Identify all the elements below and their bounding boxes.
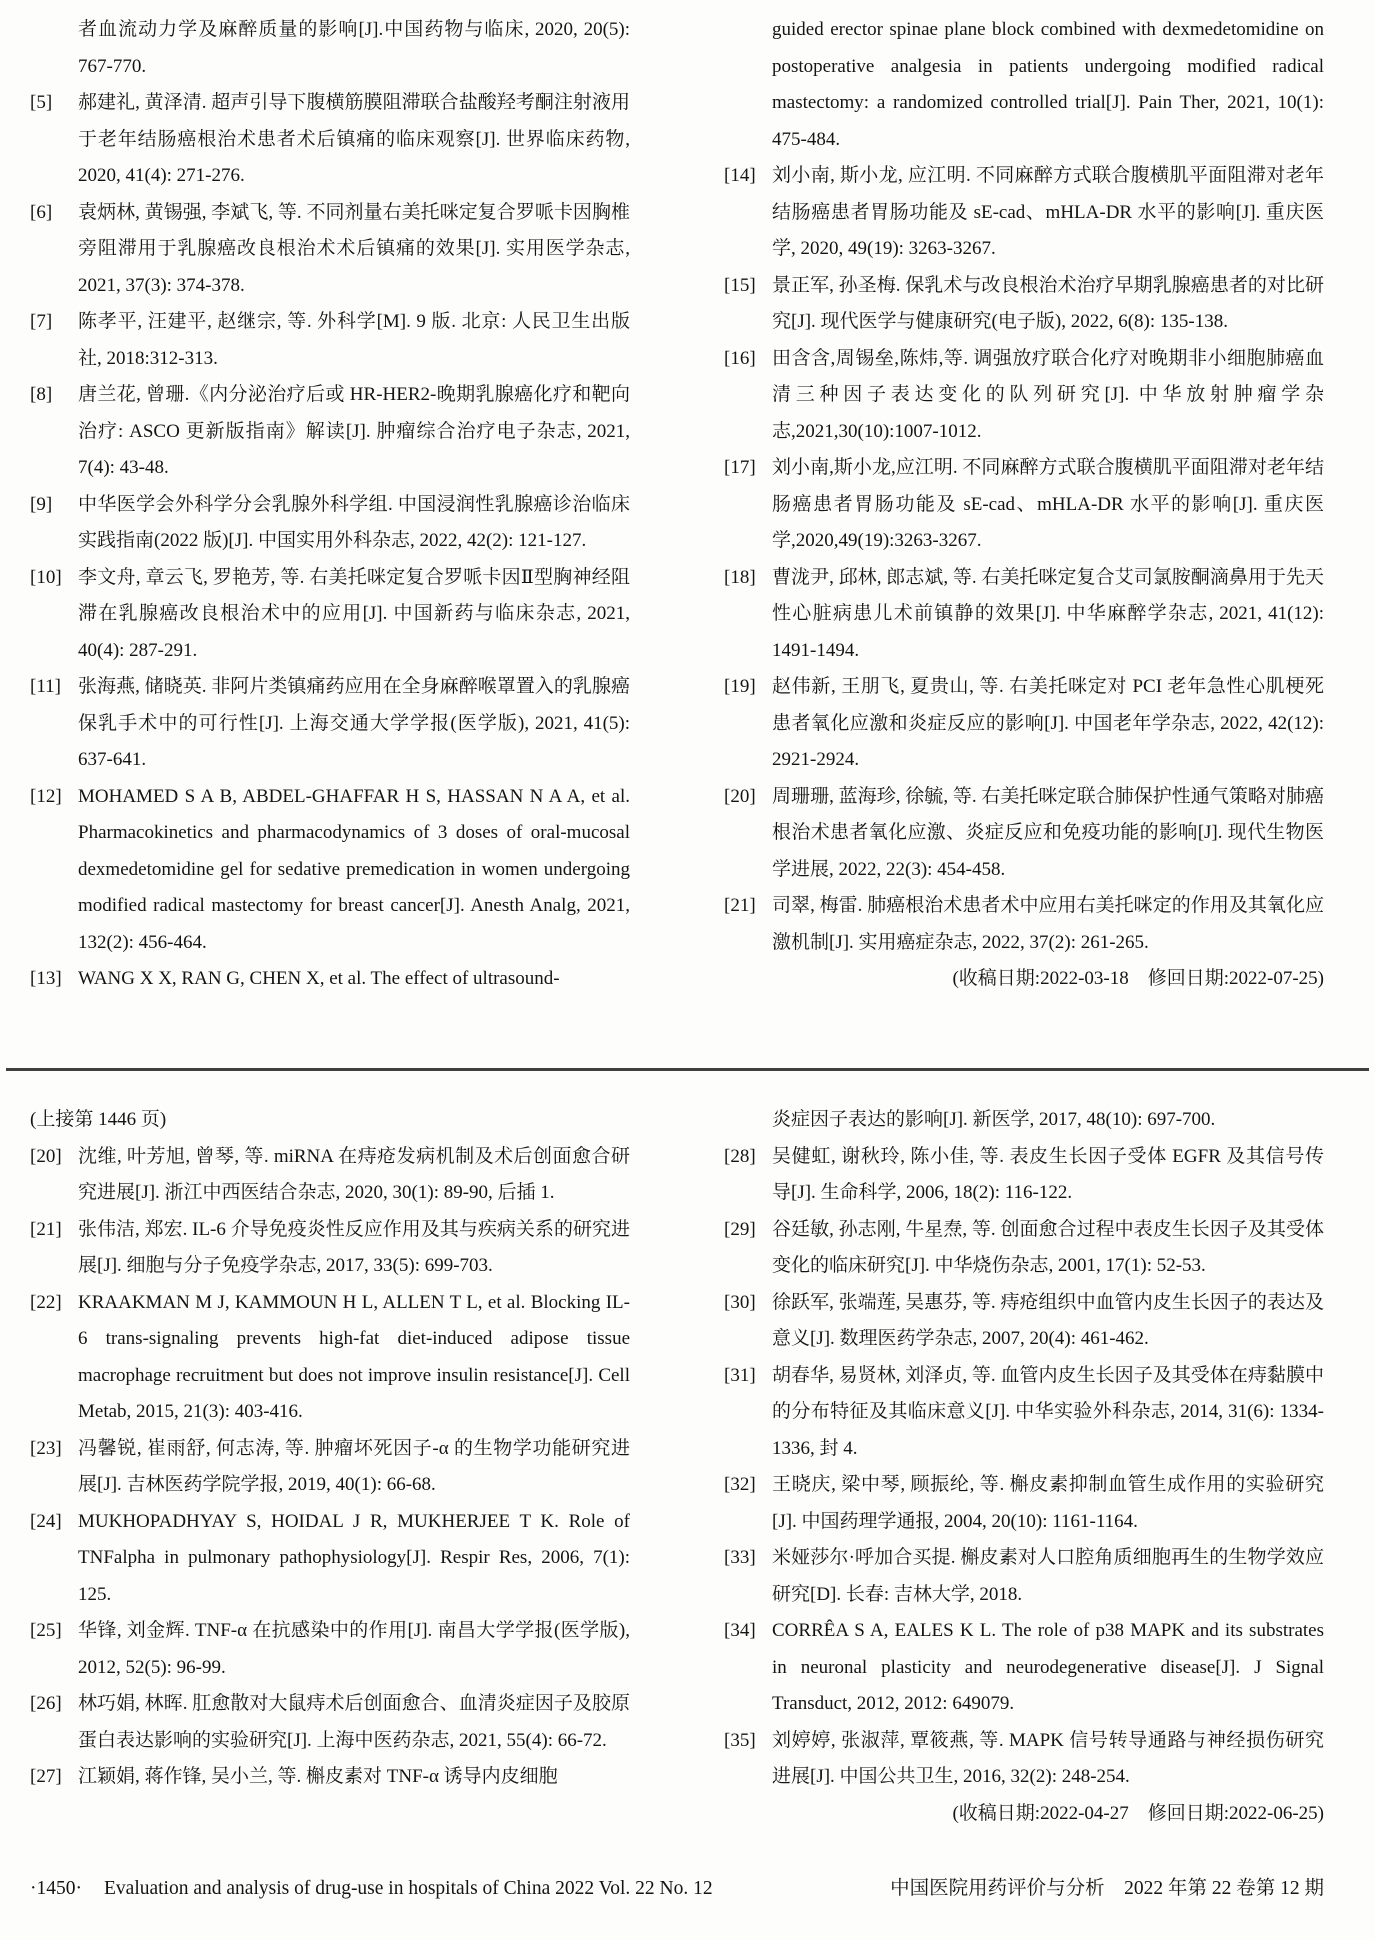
column-bottom-right: 炎症因子表达的影响[J]. 新医学, 2017, 48(10): 697-700… [724,1102,1324,1832]
reference-text: 赵伟新, 王朋飞, 夏贵山, 等. 右美托咪定对 PCI 老年急性心肌梗死患者氧… [772,676,1324,770]
continued-from-page-note: (上接第 1446 页) [30,1102,630,1139]
reference-number: [16] [724,341,756,378]
reference-item: [20]沈维, 叶芳旭, 曾琴, 等. miRNA 在痔疮发病机制及术后创面愈合… [30,1139,630,1212]
reference-number: [25] [30,1613,62,1650]
reference-item: [21]张伟洁, 郑宏. IL-6 介导免疫炎性反应作用及其与疾病关系的研究进展… [30,1212,630,1285]
reference-number: [12] [30,779,62,816]
reference-text: 冯馨锐, 崔雨舒, 何志涛, 等. 肿瘤坏死因子-α 的生物学功能研究进展[J]… [78,1438,630,1496]
reference-item: [6]袁炳林, 黄锡强, 李斌飞, 等. 不同剂量右美托咪定复合罗哌卡因胸椎旁阻… [30,195,630,305]
reference-item: [24]MUKHOPADHYAY S, HOIDAL J R, MUKHERJE… [30,1504,630,1614]
reference-item: [17]刘小南,斯小龙,应江明. 不同麻醉方式联合腹横肌平面阻滞对老年结肠癌患者… [724,450,1324,560]
reference-number: [19] [724,669,756,706]
reference-item: [22]KRAAKMAN M J, KAMMOUN H L, ALLEN T L… [30,1285,630,1431]
reference-number: [20] [30,1139,62,1176]
reference-number: [20] [724,779,756,816]
reference-text: 刘婷婷, 张淑萍, 覃筱燕, 等. MAPK 信号转导通路与神经损伤研究进展[J… [772,1730,1324,1788]
reference-text: 米娅莎尔·呼加合买提. 槲皮素对人口腔角质细胞再生的生物学效应研究[D]. 长春… [772,1547,1324,1605]
reference-item: [9]中华医学会外科学分会乳腺外科学组. 中国浸润性乳腺癌诊治临床实践指南(20… [30,487,630,560]
reference-item: [8]唐兰花, 曾珊.《内分泌治疗后或 HR-HER2-晚期乳腺癌化疗和靶向治疗… [30,377,630,487]
reference-item: [14]刘小南, 斯小龙, 应江明. 不同麻醉方式联合腹横肌平面阻滞对老年结肠癌… [724,158,1324,268]
reference-text: 徐跃军, 张端莲, 吴惠芬, 等. 痔疮组织中血管内皮生长因子的表达及意义[J]… [772,1292,1324,1350]
reference-text: 江颖娟, 蒋作锋, 吴小兰, 等. 槲皮素对 TNF-α 诱导内皮细胞 [78,1766,558,1787]
reference-item: [23]冯馨锐, 崔雨舒, 何志涛, 等. 肿瘤坏死因子-α 的生物学功能研究进… [30,1431,630,1504]
reference-number: [11] [30,669,61,706]
footer-left: ·1450·Evaluation and analysis of drug-us… [30,1876,713,1902]
reference-number: [22] [30,1285,62,1322]
reference-item: [5]郝建礼, 黄泽清. 超声引导下腹横筋膜阻滞联合盐酸羟考酮注射液用于老年结肠… [30,85,630,195]
reference-item: [35]刘婷婷, 张淑萍, 覃筱燕, 等. MAPK 信号转导通路与神经损伤研究… [724,1723,1324,1796]
reference-number: [31] [724,1358,756,1395]
reference-number: [6] [30,195,52,232]
reference-text: 曹泷尹, 邱林, 郎志斌, 等. 右美托咪定复合艾司氯胺酮滴鼻用于先天性心脏病患… [772,567,1324,661]
reference-text: 周珊珊, 蓝海珍, 徐毓, 等. 右美托咪定联合肺保护性通气策略对肺癌根治术患者… [772,786,1324,880]
reference-text: 林巧娟, 林晖. 肛愈散对大鼠痔术后创面愈合、血清炎症因子及胶原蛋白表达影响的实… [78,1693,630,1751]
received-revised-date-bottom: (收稿日期:2022-04-27 修回日期:2022-06-25) [724,1796,1324,1833]
reference-number: [29] [724,1212,756,1249]
reference-list-top-right: guided erector spinae plane block combin… [724,12,1324,961]
reference-text: CORRÊA S A, EALES K L. The role of p38 M… [772,1620,1324,1714]
reference-item: [21]司翠, 梅雷. 肺癌根治术患者术中应用右美托咪定的作用及其氧化应激机制[… [724,888,1324,961]
reference-item: [29]谷廷敏, 孙志刚, 牛星焘, 等. 创面愈合过程中表皮生长因子及其受体变… [724,1212,1324,1285]
references-section-top: 者血流动力学及麻醉质量的影响[J].中国药物与临床, 2020, 20(5): … [30,12,1324,998]
reference-number: [5] [30,85,52,122]
reference-text: 王晓庆, 梁中琴, 顾振纶, 等. 槲皮素抑制血管生成作用的实验研究[J]. 中… [772,1474,1324,1532]
reference-number: [7] [30,304,52,341]
reference-text: 谷廷敏, 孙志刚, 牛星焘, 等. 创面愈合过程中表皮生长因子及其受体变化的临床… [772,1219,1324,1277]
reference-number: [34] [724,1613,756,1650]
reference-text: 景正军, 孙圣梅. 保乳术与改良根治术治疗早期乳腺癌患者的对比研究[J]. 现代… [772,275,1324,333]
reference-number: [15] [724,268,756,305]
reference-number: [14] [724,158,756,195]
reference-item: [27]江颖娟, 蒋作锋, 吴小兰, 等. 槲皮素对 TNF-α 诱导内皮细胞 [30,1759,630,1796]
reference-list-bottom-left: [20]沈维, 叶芳旭, 曾琴, 等. miRNA 在痔疮发病机制及术后创面愈合… [30,1139,630,1796]
reference-text: 袁炳林, 黄锡强, 李斌飞, 等. 不同剂量右美托咪定复合罗哌卡因胸椎旁阻滞用于… [78,202,630,296]
reference-item: [30]徐跃军, 张端莲, 吴惠芬, 等. 痔疮组织中血管内皮生长因子的表达及意… [724,1285,1324,1358]
footer-journal-title-zh: 中国医院用药评价与分析 2022 年第 22 卷第 12 期 [890,1876,1324,1902]
reference-text: 刘小南, 斯小龙, 应江明. 不同麻醉方式联合腹横肌平面阻滞对老年结肠癌患者胃肠… [772,165,1324,259]
reference-number: [8] [30,377,52,414]
reference-text: KRAAKMAN M J, KAMMOUN H L, ALLEN T L, et… [78,1292,630,1423]
reference-text: 华锋, 刘金辉. TNF-α 在抗感染中的作用[J]. 南昌大学学报(医学版),… [78,1620,630,1678]
references-section-bottom: (上接第 1446 页) [20]沈维, 叶芳旭, 曾琴, 等. miRNA 在… [30,1102,1324,1832]
reference-number: [9] [30,487,52,524]
reference-number: [27] [30,1759,62,1796]
reference-number: [17] [724,450,756,487]
reference-number: [32] [724,1467,756,1504]
reference-text: 郝建礼, 黄泽清. 超声引导下腹横筋膜阻滞联合盐酸羟考酮注射液用于老年结肠癌根治… [78,92,630,186]
reference-list-top-left: 者血流动力学及麻醉质量的影响[J].中国药物与临床, 2020, 20(5): … [30,12,630,998]
reference-number: [10] [30,560,62,597]
reference-number: [23] [30,1431,62,1468]
reference-text: 沈维, 叶芳旭, 曾琴, 等. miRNA 在痔疮发病机制及术后创面愈合研究进展… [78,1146,630,1204]
reference-item: [31]胡春华, 易贤林, 刘泽贞, 等. 血管内皮生长因子及其受体在痔黏膜中的… [724,1358,1324,1468]
reference-item: guided erector spinae plane block combin… [724,12,1324,158]
reference-item: [32]王晓庆, 梁中琴, 顾振纶, 等. 槲皮素抑制血管生成作用的实验研究[J… [724,1467,1324,1540]
reference-text: 田含含,周锡垒,陈炜,等. 调强放疗联合化疗对晚期非小细胞肺癌血清三种因子表达变… [772,348,1324,442]
reference-text: 者血流动力学及麻醉质量的影响[J].中国药物与临床, 2020, 20(5): … [78,19,630,77]
reference-text: 胡春华, 易贤林, 刘泽贞, 等. 血管内皮生长因子及其受体在痔黏膜中的分布特征… [772,1365,1324,1459]
reference-number: [26] [30,1686,62,1723]
reference-text: 司翠, 梅雷. 肺癌根治术患者术中应用右美托咪定的作用及其氧化应激机制[J]. … [772,895,1324,953]
reference-number: [18] [724,560,756,597]
reference-text: 陈孝平, 汪建平, 赵继宗, 等. 外科学[M]. 9 版. 北京: 人民卫生出… [78,311,630,369]
reference-item: [10]李文舟, 章云飞, 罗艳芳, 等. 右美托咪定复合罗哌卡因Ⅱ型胸神经阻滞… [30,560,630,670]
reference-item: [12]MOHAMED S A B, ABDEL-GHAFFAR H S, HA… [30,779,630,962]
reference-item: [11]张海燕, 储晓英. 非阿片类镇痛药应用在全身麻醉喉罩置入的乳腺癌保乳手术… [30,669,630,779]
reference-text: 唐兰花, 曾珊.《内分泌治疗后或 HR-HER2-晚期乳腺癌化疗和靶向治疗: A… [78,384,630,478]
reference-text: 张伟洁, 郑宏. IL-6 介导免疫炎性反应作用及其与疾病关系的研究进展[J].… [78,1219,630,1277]
reference-number: [30] [724,1285,756,1322]
reference-item: 者血流动力学及麻醉质量的影响[J].中国药物与临床, 2020, 20(5): … [30,12,630,85]
reference-number: [21] [724,888,756,925]
reference-number: [13] [30,961,62,998]
reference-item: [26]林巧娟, 林晖. 肛愈散对大鼠痔术后创面愈合、血清炎症因子及胶原蛋白表达… [30,1686,630,1759]
footer-journal-title-en: Evaluation and analysis of drug-use in h… [104,1878,713,1899]
reference-number: [28] [724,1139,756,1176]
column-bottom-left: (上接第 1446 页) [20]沈维, 叶芳旭, 曾琴, 等. miRNA 在… [30,1102,630,1832]
reference-item: [20]周珊珊, 蓝海珍, 徐毓, 等. 右美托咪定联合肺保护性通气策略对肺癌根… [724,779,1324,889]
reference-number: [35] [724,1723,756,1760]
reference-text: 吴健虹, 谢秋玲, 陈小佳, 等. 表皮生长因子受体 EGFR 及其信号传导[J… [772,1146,1324,1204]
reference-item: 炎症因子表达的影响[J]. 新医学, 2017, 48(10): 697-700… [724,1102,1324,1139]
column-top-left: 者血流动力学及麻醉质量的影响[J].中国药物与临床, 2020, 20(5): … [30,12,630,998]
reference-item: [33]米娅莎尔·呼加合买提. 槲皮素对人口腔角质细胞再生的生物学效应研究[D]… [724,1540,1324,1613]
reference-text: 刘小南,斯小龙,应江明. 不同麻醉方式联合腹横肌平面阻滞对老年结肠癌患者胃肠功能… [772,457,1324,551]
reference-number: [24] [30,1504,62,1541]
reference-text: MUKHOPADHYAY S, HOIDAL J R, MUKHERJEE T … [78,1511,630,1605]
journal-references-page: 者血流动力学及麻醉质量的影响[J].中国药物与临床, 2020, 20(5): … [0,0,1375,1940]
reference-item: [19]赵伟新, 王朋飞, 夏贵山, 等. 右美托咪定对 PCI 老年急性心肌梗… [724,669,1324,779]
page-footer: ·1450·Evaluation and analysis of drug-us… [30,1876,1324,1902]
received-revised-date-top: (收稿日期:2022-03-18 修回日期:2022-07-25) [724,961,1324,998]
reference-text: 李文舟, 章云飞, 罗艳芳, 等. 右美托咪定复合罗哌卡因Ⅱ型胸神经阻滞在乳腺癌… [78,567,630,661]
reference-text: guided erector spinae plane block combin… [772,19,1324,150]
column-top-right: guided erector spinae plane block combin… [724,12,1324,998]
article-divider-rule [6,1068,1369,1071]
reference-item: [16]田含含,周锡垒,陈炜,等. 调强放疗联合化疗对晚期非小细胞肺癌血清三种因… [724,341,1324,451]
reference-item: [18]曹泷尹, 邱林, 郎志斌, 等. 右美托咪定复合艾司氯胺酮滴鼻用于先天性… [724,560,1324,670]
reference-item: [7]陈孝平, 汪建平, 赵继宗, 等. 外科学[M]. 9 版. 北京: 人民… [30,304,630,377]
reference-text: WANG X X, RAN G, CHEN X, et al. The effe… [78,968,560,989]
reference-list-bottom-right: 炎症因子表达的影响[J]. 新医学, 2017, 48(10): 697-700… [724,1102,1324,1796]
page-number: ·1450· [30,1878,82,1899]
reference-text: 张海燕, 储晓英. 非阿片类镇痛药应用在全身麻醉喉罩置入的乳腺癌保乳手术中的可行… [78,676,630,770]
reference-text: 中华医学会外科学分会乳腺外科学组. 中国浸润性乳腺癌诊治临床实践指南(2022 … [78,494,630,552]
reference-text: MOHAMED S A B, ABDEL-GHAFFAR H S, HASSAN… [78,786,630,953]
reference-number: [33] [724,1540,756,1577]
reference-item: [34]CORRÊA S A, EALES K L. The role of p… [724,1613,1324,1723]
reference-text: 炎症因子表达的影响[J]. 新医学, 2017, 48(10): 697-700… [772,1109,1215,1130]
reference-item: [15]景正军, 孙圣梅. 保乳术与改良根治术治疗早期乳腺癌患者的对比研究[J]… [724,268,1324,341]
reference-item: [13]WANG X X, RAN G, CHEN X, et al. The … [30,961,630,998]
reference-item: [25]华锋, 刘金辉. TNF-α 在抗感染中的作用[J]. 南昌大学学报(医… [30,1613,630,1686]
reference-item: [28]吴健虹, 谢秋玲, 陈小佳, 等. 表皮生长因子受体 EGFR 及其信号… [724,1139,1324,1212]
reference-number: [21] [30,1212,62,1249]
